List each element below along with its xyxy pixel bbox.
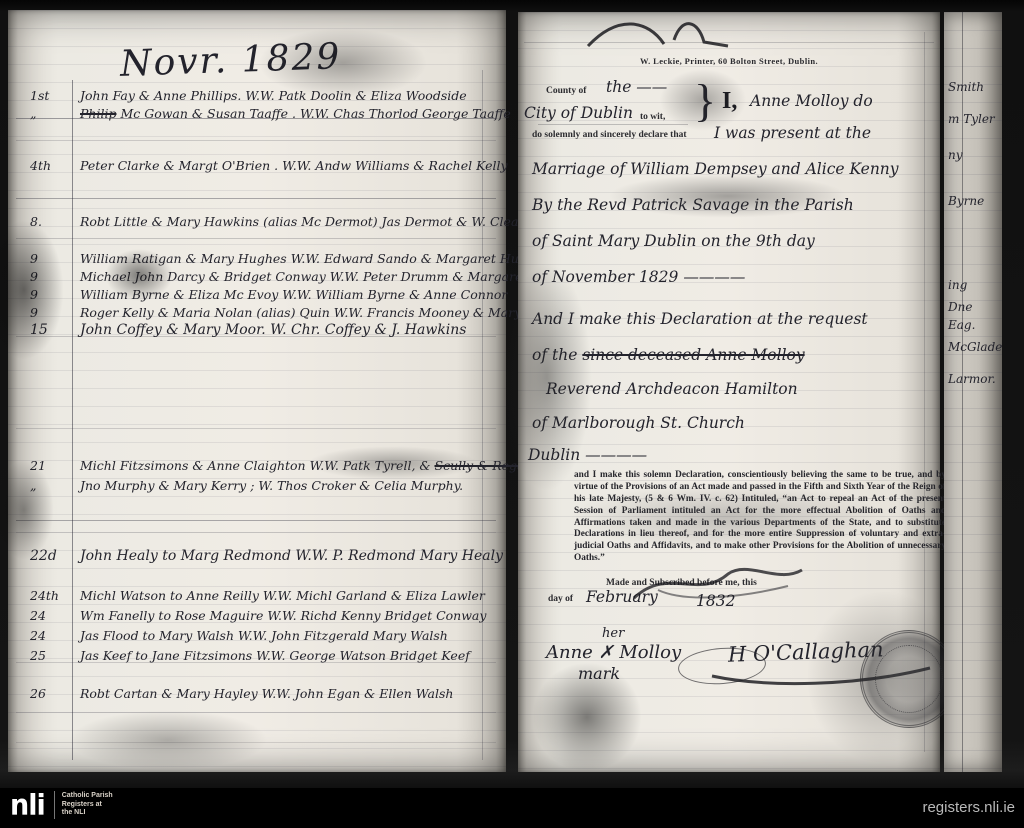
- entry-text: William Byrne & Eliza Mc Evoy W.W. Willi…: [80, 287, 507, 302]
- declaration-line: of Marlborough St. Church: [532, 414, 745, 432]
- entry-text: Michael John Darcy & Bridget Conway W.W.…: [80, 269, 592, 284]
- logo-divider: [54, 791, 55, 819]
- entry-day: 8.: [30, 214, 70, 229]
- scan-background: Novr. 1829 1st John Fay & Anne Phillips.…: [0, 0, 1024, 788]
- printer-imprint: W. Leckie, Printer, 60 Bolton Street, Du…: [518, 56, 940, 66]
- declaration-line: Marriage of William Dempsey and Alice Ke…: [532, 160, 899, 178]
- declare-label: do solemnly and sincerely declare that: [532, 130, 687, 140]
- entry-day: 9: [30, 287, 70, 302]
- entry-text: John Fay & Anne Phillips. W.W. Patk Dool…: [80, 88, 467, 103]
- declaration-right-page: W. Leckie, Printer, 60 Bolton Street, Du…: [518, 12, 940, 772]
- nli-logo: nli Catholic Parish Registers at the NLI: [10, 791, 113, 819]
- entry-day: 26: [30, 686, 70, 701]
- entry-day: 9: [30, 269, 70, 284]
- edge-fragment: ny: [948, 148, 963, 162]
- entry-day: 21: [30, 458, 70, 473]
- nli-logo-mark: nli: [10, 791, 45, 819]
- mark-signature: Anne ✗ Molloy: [546, 642, 681, 663]
- entry-day: „: [30, 478, 70, 493]
- city-value: City of Dublin: [524, 104, 633, 122]
- her-label: her: [602, 626, 624, 641]
- form-brace: }: [694, 74, 716, 127]
- entry-day: 24: [30, 628, 70, 643]
- struck-phrase: since deceased Anne Molloy: [582, 346, 804, 364]
- edge-fragment: Byrne: [948, 194, 984, 208]
- edge-fragment: Eag.: [948, 318, 975, 332]
- right-margin-rule: [482, 70, 483, 760]
- declaration-line: of Saint Mary Dublin on the 9th day: [532, 232, 815, 250]
- cutoff-pen-strokes: [578, 10, 758, 50]
- entry-day: 22d: [30, 548, 70, 564]
- declare-value: I was present at the: [714, 124, 871, 142]
- entry-day: „: [30, 106, 70, 121]
- entry-text: Mc Gowan & Susan Taaffe . W.W. Chas Thor…: [120, 106, 510, 121]
- month-year-heading: Novr. 1829: [119, 36, 342, 85]
- entry-day: 25: [30, 648, 70, 663]
- declaration-line: And I make this Declaration at the reque…: [532, 310, 868, 328]
- entry-text: John Coffey & Mary Moor. W. Chr. Coffey …: [80, 322, 467, 338]
- edge-fragment: ing: [948, 278, 967, 292]
- edge-fragment: Larmor.: [948, 372, 996, 386]
- entry-day: 9: [30, 305, 70, 320]
- entry-day: 24th: [30, 588, 70, 603]
- entry-text: Jno Murphy & Mary Kerry ; W. Thos Croker…: [80, 478, 463, 493]
- entry-text: Robt Cartan & Mary Hayley W.W. John Egan…: [80, 686, 453, 701]
- entry-text: Jas Keef to Jane Fitzsimons W.W. George …: [80, 648, 470, 663]
- declaration-line: of November 1829 ————: [532, 268, 745, 286]
- footer-bar: nli Catholic Parish Registers at the NLI…: [0, 788, 1024, 828]
- declaration-line: By the Revd Patrick Savage in the Parish: [532, 196, 854, 214]
- entry-text: Roger Kelly & Maria Nolan (alias) Quin W…: [80, 305, 575, 320]
- entry-text: Michl Fitzsimons & Anne Claighton W.W. P…: [80, 458, 435, 473]
- edge-fragment: Dne: [948, 300, 972, 314]
- struck-line-prefix: of the: [532, 346, 582, 364]
- entry-text: John Healy to Marg Redmond W.W. P. Redmo…: [80, 548, 503, 564]
- entry-text: Peter Clarke & Margt O'Brien . W.W. Andw…: [80, 158, 508, 173]
- entry-text: Michl Watson to Anne Reilly W.W. Michl G…: [80, 588, 485, 603]
- declaration-line: Reverend Archdeacon Hamilton: [546, 380, 798, 398]
- mark-label: mark: [578, 664, 620, 683]
- county-label: County of: [546, 86, 586, 96]
- logo-tagline: Catholic Parish Registers at the NLI: [62, 792, 113, 818]
- day-of-label: day of: [548, 594, 573, 604]
- margin-rule: [72, 80, 73, 760]
- edge-fragment: McGlade: [948, 340, 1002, 354]
- declaration-line: Dublin ————: [528, 446, 647, 464]
- entry-text-struck: Philip: [80, 106, 116, 121]
- entry-day: 15: [30, 322, 70, 338]
- statute-paragraph: and I make this solemn Declaration, cons…: [574, 470, 946, 565]
- ink-scrawl: [628, 560, 808, 606]
- stain: [68, 710, 268, 770]
- entry-text: William Ratigan & Mary Hughes W.W. Edwar…: [80, 251, 549, 266]
- entry-day: 24: [30, 608, 70, 623]
- tagline-line: Catholic Parish: [62, 792, 113, 799]
- microfilm-scan-viewer: Novr. 1829 1st John Fay & Anne Phillips.…: [0, 0, 1024, 828]
- to-wit-label: to wit,: [640, 112, 665, 122]
- tagline-line: the NLI: [62, 809, 86, 816]
- entry-text: Robt Little & Mary Hawkins (alias Mc Der…: [80, 214, 531, 229]
- county-value: the ——: [606, 78, 667, 96]
- tagline-line: Registers at: [62, 801, 102, 808]
- edge-fragment: m Tyler: [948, 112, 995, 126]
- declarant-name: Anne Molloy do: [750, 92, 873, 110]
- entry-text: Wm Fanelly to Rose Maguire W.W. Richd Ke…: [80, 608, 486, 623]
- site-watermark: registers.nli.ie: [922, 799, 1015, 816]
- stain: [0, 460, 54, 560]
- entry-day: 1st: [30, 88, 70, 103]
- adjacent-page-edge: Smith m Tyler ny Byrne ing Dne Eag. McGl…: [944, 12, 1002, 772]
- entry-text: Jas Flood to Mary Walsh W.W. John Fitzge…: [80, 628, 448, 643]
- edge-fragment: Smith: [948, 80, 984, 94]
- declaration-initial: I,: [722, 88, 737, 115]
- register-left-page: Novr. 1829 1st John Fay & Anne Phillips.…: [8, 10, 506, 772]
- entry-day: 4th: [30, 158, 70, 173]
- entry-day: 9: [30, 251, 70, 266]
- declaration-line-struck: of the since deceased Anne Molloy: [532, 346, 805, 364]
